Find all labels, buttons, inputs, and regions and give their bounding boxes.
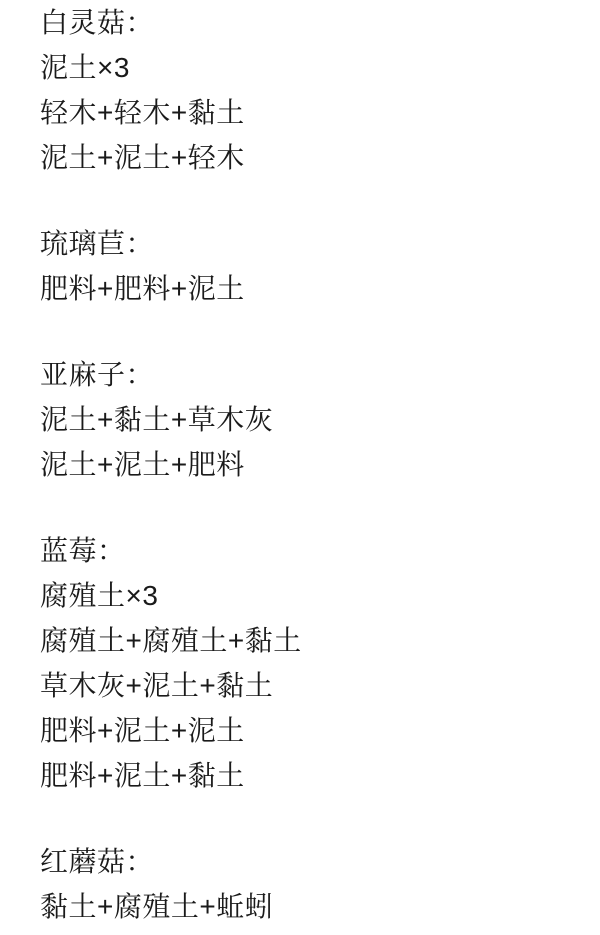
recipe-line: 腐殖土×3	[40, 573, 580, 618]
section-title: 琉璃苣：	[40, 221, 580, 266]
recipe-line: 草木灰+泥土+黏土	[40, 663, 580, 708]
recipe-line: 泥土+泥土+轻木	[40, 135, 580, 180]
recipe-section: 亚麻子： 泥土+黏土+草木灰泥土+泥土+肥料	[40, 352, 580, 487]
recipe-line: 泥土×3	[40, 45, 580, 90]
recipe-line: 腐殖土+腐殖土+黏土	[40, 618, 580, 663]
recipe-section: 琉璃苣： 肥料+肥料+泥土	[40, 221, 580, 311]
recipe-line: 肥料+泥土+泥土	[40, 708, 580, 753]
recipe-section: 红蘑菇： 黏土+腐殖土+蚯蚓	[40, 839, 580, 929]
recipe-line: 轻木+轻木+黏土	[40, 90, 580, 135]
section-title: 红蘑菇：	[40, 839, 580, 884]
section-title: 白灵菇：	[40, 0, 580, 45]
recipe-section: 蓝莓： 腐殖土×3腐殖土+腐殖土+黏土草木灰+泥土+黏土肥料+泥土+泥土肥料+泥…	[40, 528, 580, 798]
recipe-document: 白灵菇： 泥土×3轻木+轻木+黏土泥土+泥土+轻木 琉璃苣： 肥料+肥料+泥土 …	[0, 0, 600, 935]
recipe-section: 白灵菇： 泥土×3轻木+轻木+黏土泥土+泥土+轻木	[40, 0, 580, 180]
section-title: 蓝莓：	[40, 528, 580, 573]
recipe-line: 肥料+泥土+黏土	[40, 753, 580, 798]
recipe-line: 泥土+泥土+肥料	[40, 442, 580, 487]
recipe-line: 泥土+黏土+草木灰	[40, 397, 580, 442]
section-title: 亚麻子：	[40, 352, 580, 397]
recipe-line: 肥料+肥料+泥土	[40, 266, 580, 311]
recipe-line: 黏土+腐殖土+蚯蚓	[40, 884, 580, 929]
